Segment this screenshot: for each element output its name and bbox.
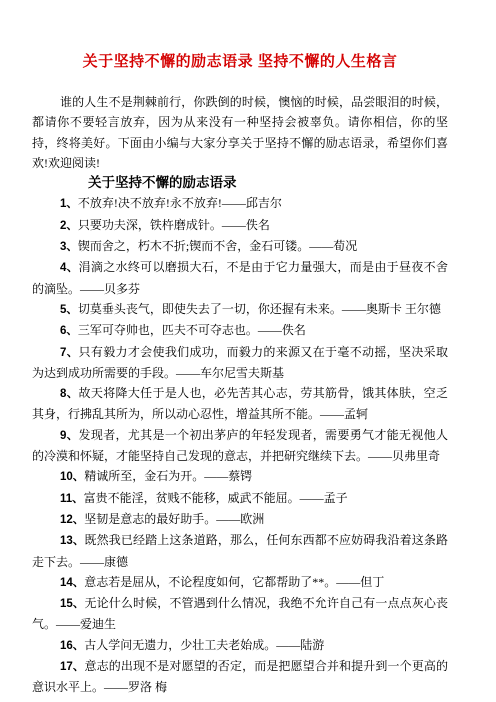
quote-text: 富贵不能淫，贫贱不能移，威武不能屈。——孟子	[84, 491, 348, 505]
quote-number: 8、	[60, 388, 79, 400]
quote-number: 4、	[60, 262, 79, 274]
quote-text: 意志的出现不是对愿望的否定，而是把愿望合并和提升到一个更高的意识水平上。——罗洛…	[32, 659, 448, 694]
document-title: 关于坚持不懈的励志语录 坚持不懈的人生格言	[32, 50, 448, 74]
quote-item: 5、切莫垂头丧气，即使失去了一切，你还握有未来。——奥斯卡 王尔德	[32, 299, 448, 320]
quote-number: 13、	[60, 535, 85, 547]
quote-text: 既然我已经踏上这条道路，那么，任何东西都不应妨碍我沿着这条路走下去。——康德	[32, 533, 448, 568]
quote-number: 9、	[60, 430, 79, 442]
quote-number: 6、	[60, 325, 78, 337]
quote-item: 6、三军可夺帅也，匹夫不可夺志也。——佚名	[32, 320, 448, 341]
quote-text: 无论什么时候，不管遇到什么情况，我绝不允许自己有一点点灰心丧气。——爱迪生	[32, 596, 448, 631]
quote-text: 锲而舍之，朽木不折;锲而不舍，金石可镂。——荀况	[78, 239, 357, 253]
quote-text: 涓滴之水终可以磨损大石，不是由于它力量强大，而是由于昼夜不舍的滴坠。——贝多芬	[32, 260, 448, 295]
quote-item: 2、只要功夫深，铁杵磨成针。——佚名	[32, 215, 448, 236]
quote-text: 故天将降大任于是人也，必先苦其心志，劳其筋骨，饿其体肤，空乏其身，行拂乱其所为，…	[32, 386, 448, 421]
quote-number: 7、	[60, 347, 79, 359]
section-heading: 关于坚持不懈的励志语录	[32, 173, 448, 193]
quote-item: 14、意志若是屈从，不论程度如何，它都帮助了**。——但丁	[32, 572, 448, 593]
quote-text: 只要功夫深，铁杵磨成针。——佚名	[78, 218, 270, 232]
quote-text: 古人学问无遗力，少壮工夫老始成。——陆游	[84, 638, 324, 652]
quote-number: 10、	[60, 471, 84, 483]
quote-text: 不放弃!决不放弃!永不放弃!——邱吉尔	[78, 196, 282, 210]
quote-text: 坚韧是意志的最好助手。——欧洲	[84, 512, 264, 526]
quote-text: 发现者，尤其是一个初出茅庐的年轻发现者，需要勇气才能无视他人的冷漠和怀疑，才能坚…	[32, 428, 448, 463]
quote-item: 4、涓滴之水终可以磨损大石，不是由于它力量强大，而是由于昼夜不舍的滴坠。——贝多…	[32, 257, 448, 299]
quote-number: 1、	[60, 198, 78, 210]
quote-number: 12、	[60, 514, 84, 526]
quote-number: 17、	[60, 661, 85, 673]
quote-item: 15、无论什么时候，不管遇到什么情况，我绝不允许自己有一点点灰心丧气。——爱迪生	[32, 593, 448, 635]
quote-item: 10、精诚所至，金石为开。——蔡锷	[32, 466, 448, 487]
quote-item: 3、锲而舍之，朽木不折;锲而不舍，金石可镂。——荀况	[32, 236, 448, 257]
document-page: 关于坚持不懈的励志语录 坚持不懈的人生格言 谁的人生不是荆棘前行，你跌倒的时候，…	[0, 0, 496, 702]
quote-text: 意志若是屈从，不论程度如何，它都帮助了**。——但丁	[84, 575, 384, 589]
quote-number: 3、	[60, 241, 78, 253]
quote-item: 12、坚韧是意志的最好助手。——欧洲	[32, 509, 448, 530]
quote-list: 1、不放弃!决不放弃!永不放弃!——邱吉尔2、只要功夫深，铁杵磨成针。——佚名3…	[32, 193, 448, 697]
quote-text: 切莫垂头丧气，即使失去了一切，你还握有未来。——奥斯卡 王尔德	[78, 302, 441, 316]
quote-number: 5、	[60, 304, 78, 316]
quote-number: 15、	[60, 598, 85, 610]
quote-item: 13、既然我已经踏上这条道路，那么，任何东西都不应妨碍我沿着这条路走下去。——康…	[32, 530, 448, 572]
quote-item: 9、发现者，尤其是一个初出茅庐的年轻发现者，需要勇气才能无视他人的冷漠和怀疑，才…	[32, 425, 448, 467]
quote-item: 8、故天将降大任于是人也，必先苦其心志，劳其筋骨，饿其体肤，空乏其身，行拂乱其所…	[32, 383, 448, 425]
quote-item: 16、古人学问无遗力，少壮工夫老始成。——陆游	[32, 635, 448, 656]
quote-text: 三军可夺帅也，匹夫不可夺志也。——佚名	[78, 323, 306, 337]
quote-item: 17、意志的出现不是对愿望的否定，而是把愿望合并和提升到一个更高的意识水平上。—…	[32, 656, 448, 698]
quote-number: 11、	[60, 493, 84, 505]
quote-number: 2、	[60, 220, 78, 232]
quote-text: 精诚所至，金石为开。——蔡锷	[84, 469, 252, 483]
intro-paragraph: 谁的人生不是荆棘前行，你跌倒的时候，懊恼的时候，品尝眼泪的时候，都请你不要轻言放…	[32, 92, 448, 173]
quote-text: 只有毅力才会使我们成功，而毅力的来源又在于毫不动摇，坚决采取为达到成功所需要的手…	[32, 345, 448, 380]
quote-item: 7、只有毅力才会使我们成功，而毅力的来源又在于毫不动摇，坚决采取为达到成功所需要…	[32, 342, 448, 384]
quote-number: 16、	[60, 640, 84, 652]
quote-item: 11、富贵不能淫，贫贱不能移，威武不能屈。——孟子	[32, 488, 448, 509]
quote-number: 14、	[60, 577, 84, 589]
quote-item: 1、不放弃!决不放弃!永不放弃!——邱吉尔	[32, 193, 448, 214]
